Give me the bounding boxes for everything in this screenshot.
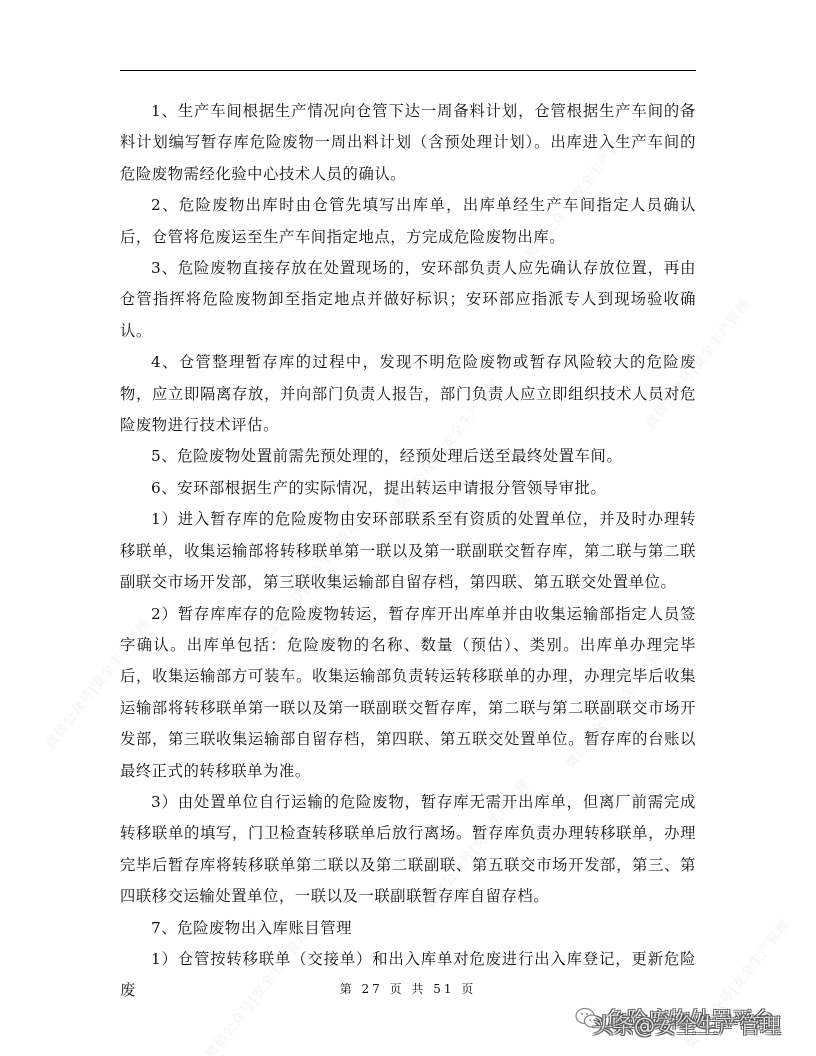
- paragraph-6: 6、安环部根据生产的实际情况，提出转运申请报分管领导审批。: [120, 473, 696, 504]
- paragraph-7-1: 1）仓管按转移联单（交接单）和出入库单对危废进行出入库登记，更新危险废: [120, 944, 696, 1007]
- paragraph-3: 3、危险废物直接存放在处置现场的，安环部负责人应先确认存放位置，再由仓管指挥将危…: [120, 253, 696, 347]
- header-rule: [120, 70, 696, 71]
- paragraph-4: 4、仓管整理暂存库的过程中，发现不明危险废物或暂存风险较大的危险废物，应立即隔离…: [120, 347, 696, 441]
- document-body: 1、生产车间根据生产情况向仓管下达一周备料计划，仓管根据生产车间的备料计划编写暂…: [120, 96, 696, 1007]
- paragraph-1: 1、生产车间根据生产情况向仓管下达一周备料计划，仓管根据生产车间的备料计划编写暂…: [120, 96, 696, 190]
- paragraph-2: 2、危险废物出库时由仓管先填写出库单，出库单经生产车间指定人员确认后，仓管将危废…: [120, 190, 696, 253]
- page-number: 第 27 页 共 51 页: [0, 980, 816, 997]
- paragraph-6-1: 1）进入暂存库的危险废物由安环部联系至有资质的处置单位，并及时办理转移联单，收集…: [120, 504, 696, 598]
- paragraph-5: 5、危险废物处置前需先预处理的，经预处理后送至最终处置车间。: [120, 441, 696, 472]
- brand-account-name: 头条@安全生产管理: [592, 1010, 781, 1040]
- paragraph-6-2: 2）暂存库库存的危险废物转运，暂存库开出库单并由收集运输部指定人员签字确认。出库…: [120, 599, 696, 787]
- paragraph-6-3: 3）由处置单位自行运输的危险废物，暂存库无需开出库单，但离厂前需完成转移联单的填…: [120, 787, 696, 913]
- paragraph-7: 7、危险废物出入库账目管理: [120, 913, 696, 944]
- brand-watermark: 危险废物处置平台 头条@安全生产管理: [592, 1004, 812, 1044]
